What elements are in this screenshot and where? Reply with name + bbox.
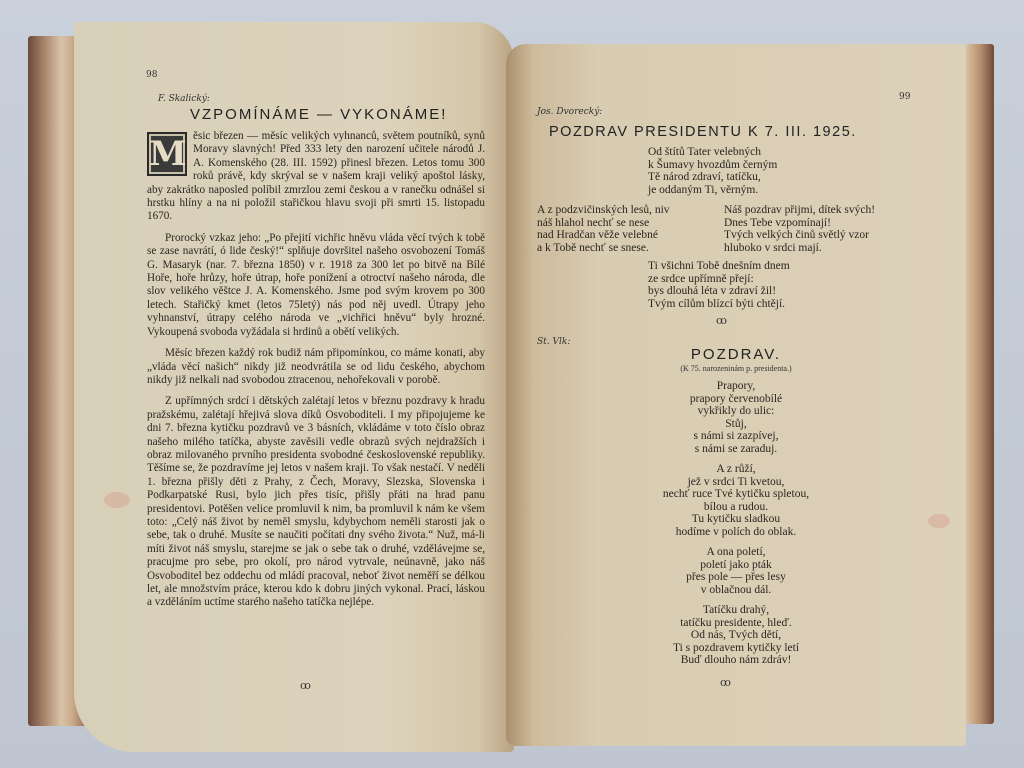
poem-line: Tatíčku drahý, — [506, 604, 966, 617]
poem-line: Ti všichni Tobě dnešním dnem — [648, 260, 790, 273]
poem-line: Stůj, — [506, 418, 966, 431]
paragraph-4: Z upřímných srdcí i dětských zalétají le… — [147, 395, 485, 610]
poem-line: v oblačnou dál. — [506, 584, 966, 597]
ornament-icon: ꝏ — [716, 314, 726, 327]
poem1-stanza2-left: A z podzvičinských lesů, niv náš hlahol … — [537, 204, 670, 254]
poem2-stanza2: A z růží, jež v srdci Ti kvetou, nechť r… — [506, 463, 966, 538]
poem-line: je oddaným Ti, věrným. — [648, 184, 777, 197]
poem-line: A z růží, — [506, 463, 966, 476]
paragraph-3: Měsíc březen každý rok budiž nám připomí… — [147, 347, 485, 387]
poem-line: nad Hradčan věže velebné — [537, 229, 670, 242]
article-body: Měsic březen — měsíc velikých vyhnanců, … — [147, 130, 485, 618]
poem2-stanza1: Prapory, prapory červenobílé vykřikly do… — [506, 380, 966, 455]
poem-line: bys dlouhá léta v zdraví žil! — [648, 285, 790, 298]
poem-line: Prapory, — [506, 380, 966, 393]
poem-line: jež v srdci Ti kvetou, — [506, 476, 966, 489]
article-title: VZPOMÍNÁME — VYKONÁME! — [190, 106, 447, 123]
poem-line: poletí jako pták — [506, 559, 966, 572]
poem-line: vykřikly do ulic: — [506, 405, 966, 418]
paragraph-1-text: ěsic březen — měsíc velikých vyhnanců, s… — [147, 130, 485, 222]
poem-line: s námi si zazpívej, — [506, 430, 966, 443]
poem2-title: POZDRAV. — [506, 346, 966, 363]
poem2-stanza4: Tatíčku drahý, tatíčku presidente, hleď.… — [506, 604, 966, 667]
poem-line: Ti s pozdravem kytičky letí — [506, 642, 966, 655]
ornament-icon: ꝏ — [300, 679, 310, 692]
poem2-stanza3: A ona poletí, poletí jako pták přes pole… — [506, 546, 966, 596]
poem-line: Od nás, Tvých dětí, — [506, 629, 966, 642]
poem-line: a k Tobě nechť se snese. — [537, 242, 670, 255]
open-book: 98 F. Skalický: VZPOMÍNÁME — VYKONÁME! M… — [28, 22, 994, 757]
page-number-right: 99 — [899, 92, 910, 102]
poem-line: k Šumavy hvozdům černým — [648, 159, 777, 172]
poem-line: Náš pozdrav přijmi, dítek svých! — [724, 204, 875, 217]
poem-line: náš hlahol nechť se nese — [537, 217, 670, 230]
poem-line: A z podzvičinských lesů, niv — [537, 204, 670, 217]
poem2-body: Prapory, prapory červenobílé vykřikly do… — [506, 380, 966, 675]
poem-line: A ona poletí, — [506, 546, 966, 559]
paper-stain — [104, 492, 130, 508]
poem1-stanza2-right: Náš pozdrav přijmi, dítek svých! Dnes Te… — [724, 204, 875, 254]
poem1-stanza3: Ti všichni Tobě dnešním dnem ze srdce up… — [648, 260, 790, 310]
paragraph-2: Prorocký vzkaz jeho: „Po přejití vichřic… — [147, 232, 485, 339]
poem-line: hluboko v srdci mají. — [724, 242, 875, 255]
poem-line: Tvých velkých činů světlý vzor — [724, 229, 875, 242]
page-number-left: 98 — [146, 70, 157, 80]
poem-line: bílou a rudou. — [506, 501, 966, 514]
left-page: 98 F. Skalický: VZPOMÍNÁME — VYKONÁME! M… — [74, 22, 514, 752]
poem-line: Dnes Tebe vzpomínají! — [724, 217, 875, 230]
poem1-title: POZDRAV PRESIDENTU K 7. III. 1925. — [549, 124, 857, 140]
poem-line: Tu kytičku sladkou — [506, 513, 966, 526]
poem-line: Tvým cílům blízcí býti chtějí. — [648, 298, 790, 311]
poem-line: Od štítů Tater velebných — [648, 146, 777, 159]
poem-line: tatíčku presidente, hleď. — [506, 617, 966, 630]
poem-line: hodíme v polích do oblak. — [506, 526, 966, 539]
ornament-icon: ꝏ — [720, 676, 730, 689]
poem-line: ze srdce upřímně přejí: — [648, 273, 790, 286]
poem-line: prapory červenobílé — [506, 393, 966, 406]
poem-line: s námi se zaraduj. — [506, 443, 966, 456]
article-author: F. Skalický: — [158, 94, 210, 104]
poem1-stanza1: Od štítů Tater velebných k Šumavy hvozdů… — [648, 146, 777, 196]
poem-line: přes pole — přes lesy — [506, 571, 966, 584]
drop-cap: M — [147, 132, 187, 176]
poem2-subtitle: (K 75. narozeninám p. presidenta.) — [506, 364, 966, 373]
poem-line: Tě národ zdraví, tatíčku, — [648, 171, 777, 184]
poem-line: nechť ruce Tvé kytičku spletou, — [506, 488, 966, 501]
poem1-author: Jos. Dvorecký: — [537, 107, 602, 117]
right-page: 99 Jos. Dvorecký: POZDRAV PRESIDENTU K 7… — [506, 44, 966, 746]
book-cover-right — [966, 44, 994, 724]
poem-line: Buď dlouho nám zdráv! — [506, 654, 966, 667]
paragraph-1: Měsic březen — měsíc velikých vyhnanců, … — [147, 130, 485, 224]
